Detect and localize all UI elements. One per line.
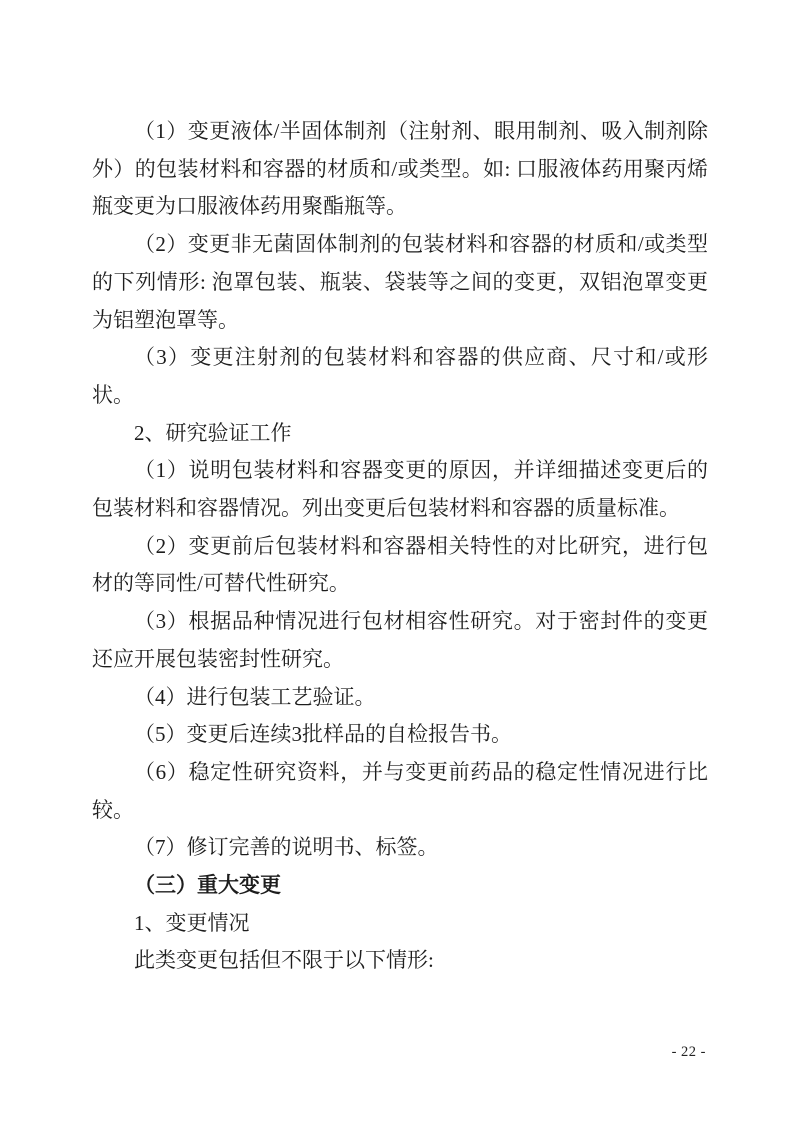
paragraph: （4）进行包装工艺验证。	[92, 679, 708, 717]
paragraph: 2、研究验证工作	[92, 415, 708, 453]
paragraph: （1）变更液体/半固体制剂（注射剂、眼用制剂、吸入制剂除外）的包装材料和容器的材…	[92, 113, 708, 226]
paragraph: （1）说明包装材料和容器变更的原因，并详细描述变更后的包装材料和容器情况。列出变…	[92, 452, 708, 527]
document-page: （1）变更液体/半固体制剂（注射剂、眼用制剂、吸入制剂除外）的包装材料和容器的材…	[0, 0, 800, 1131]
paragraph: （6）稳定性研究资料，并与变更前药品的稳定性情况进行比较。	[92, 754, 708, 829]
document-body: （1）变更液体/半固体制剂（注射剂、眼用制剂、吸入制剂除外）的包装材料和容器的材…	[92, 113, 708, 980]
paragraph: （2）变更非无菌固体制剂的包装材料和容器的材质和/或类型的下列情形: 泡罩包装、…	[92, 226, 708, 339]
paragraph: （2）变更前后包装材料和容器相关特性的对比研究，进行包材的等同性/可替代性研究。	[92, 528, 708, 603]
paragraph: （5）变更后连续3批样品的自检报告书。	[92, 716, 708, 754]
page-number: - 22 -	[672, 1044, 706, 1061]
paragraph: （3）变更注射剂的包装材料和容器的供应商、尺寸和/或形状。	[92, 339, 708, 414]
paragraph: （3）根据品种情况进行包材相容性研究。对于密封件的变更还应开展包装密封性研究。	[92, 603, 708, 678]
paragraph: 此类变更包括但不限于以下情形:	[92, 942, 708, 980]
section-heading: （三）重大变更	[92, 867, 708, 905]
paragraph: （7）修订完善的说明书、标签。	[92, 829, 708, 867]
paragraph: 1、变更情况	[92, 905, 708, 943]
